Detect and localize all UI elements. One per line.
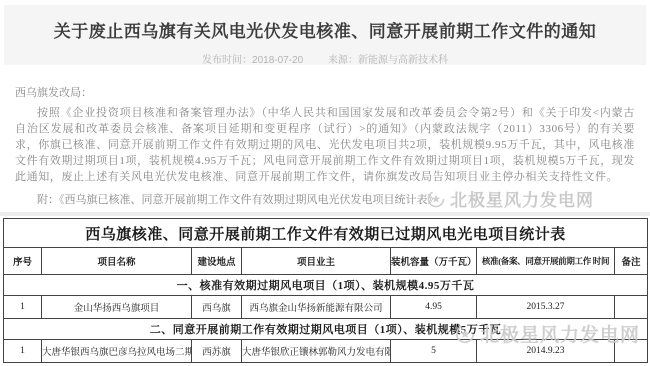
cell-owner: 西乌旗金山华扬新能源有限公司	[242, 296, 391, 319]
notice-article-page: 关于废止西乌旗有关风电光伏发电核准、同意开展前期工作文件的通知 发布时间：201…	[0, 0, 650, 366]
cell-project-name: 大唐华银西乌旗巴彦乌拉风电场二期	[42, 340, 192, 363]
col-header-approval-time: 核准(备案、同意开展前期工作 时间	[477, 248, 615, 275]
section-header-1: 一、核准有效期过期风电项目（1项）、装机规模4.95万千瓦	[4, 275, 648, 296]
cell-location: 西苏旗	[192, 340, 242, 363]
table-title: 西乌旗核准、同意开展前期工作文件有效期已过期风电光电项目统计表	[4, 219, 648, 248]
section-header-row-1: 一、核准有效期过期风电项目（1项）、装机规模4.95万千瓦	[4, 275, 648, 296]
col-header-owner: 项目业主	[242, 248, 391, 275]
cell-index: 1	[4, 296, 42, 319]
notice-paragraph: 按照《企业投资项目核准和备案管理办法》（中华人民共和国国家发展和改革委员会令第2…	[15, 105, 635, 185]
table-row: 1 金山华扬西乌旗项目 西乌旗 西乌旗金山华扬新能源有限公司 4.95 2015…	[4, 296, 648, 319]
cell-approval-time: 2015.3.27	[477, 296, 615, 319]
salutation: 西乌旗发改局：	[15, 85, 635, 101]
cell-owner: 大唐华银欣正镶林郭勒风力发电有限 责任公司	[242, 340, 391, 363]
cell-remarks	[615, 340, 648, 363]
section-divider	[0, 212, 650, 216]
cell-index: 1	[4, 340, 42, 363]
cell-project-name: 金山华扬西乌旗项目	[42, 296, 192, 319]
col-header-location: 建设地点	[192, 248, 242, 275]
attachment-line: 附：《西乌旗已核准、同意开展前期工作文件有效期过期风电光伏发电项目统计表》	[15, 192, 635, 208]
col-header-index: 序号	[4, 248, 42, 275]
table-row: 1 大唐华银西乌旗巴彦乌拉风电场二期 西苏旗 大唐华银欣正镶林郭勒风力发电有限 …	[4, 340, 648, 363]
meta-line: 发布时间：2018-07-20 来源：新能源与高新技术科	[4, 51, 646, 66]
col-header-project-name: 项目名称	[42, 248, 192, 275]
expired-projects-table: 西乌旗核准、同意开展前期工作文件有效期已过期风电光电项目统计表 序号 项目名称 …	[3, 218, 648, 363]
col-header-remarks: 备注	[615, 248, 648, 275]
cell-capacity: 5	[391, 340, 477, 363]
cell-capacity: 4.95	[391, 296, 477, 319]
section-header-row-2: 二、同意开展前期工作有效期过期风电项目（1项）、装机规模5万千瓦	[4, 319, 648, 340]
col-header-capacity: 装机容量（万千瓦）	[391, 248, 477, 275]
cell-location: 西乌旗	[192, 296, 242, 319]
table-header-row: 序号 项目名称 建设地点 项目业主 装机容量（万千瓦） 核准(备案、同意开展前期…	[4, 248, 648, 275]
page-title: 关于废止西乌旗有关风电光伏发电核准、同意开展前期工作文件的通知	[4, 17, 646, 42]
document-header: 关于废止西乌旗有关风电光伏发电核准、同意开展前期工作文件的通知 发布时间：201…	[4, 5, 646, 65]
notice-body: 西乌旗发改局： 按照《企业投资项目核准和备案管理办法》（中华人民共和国国家发展和…	[0, 65, 650, 208]
table-title-row: 西乌旗核准、同意开展前期工作文件有效期已过期风电光电项目统计表	[4, 219, 648, 248]
section-header-2: 二、同意开展前期工作有效期过期风电项目（1项）、装机规模5万千瓦	[4, 319, 648, 340]
cell-approval-time: 2014.9.23	[477, 340, 615, 363]
cell-remarks	[615, 296, 648, 319]
